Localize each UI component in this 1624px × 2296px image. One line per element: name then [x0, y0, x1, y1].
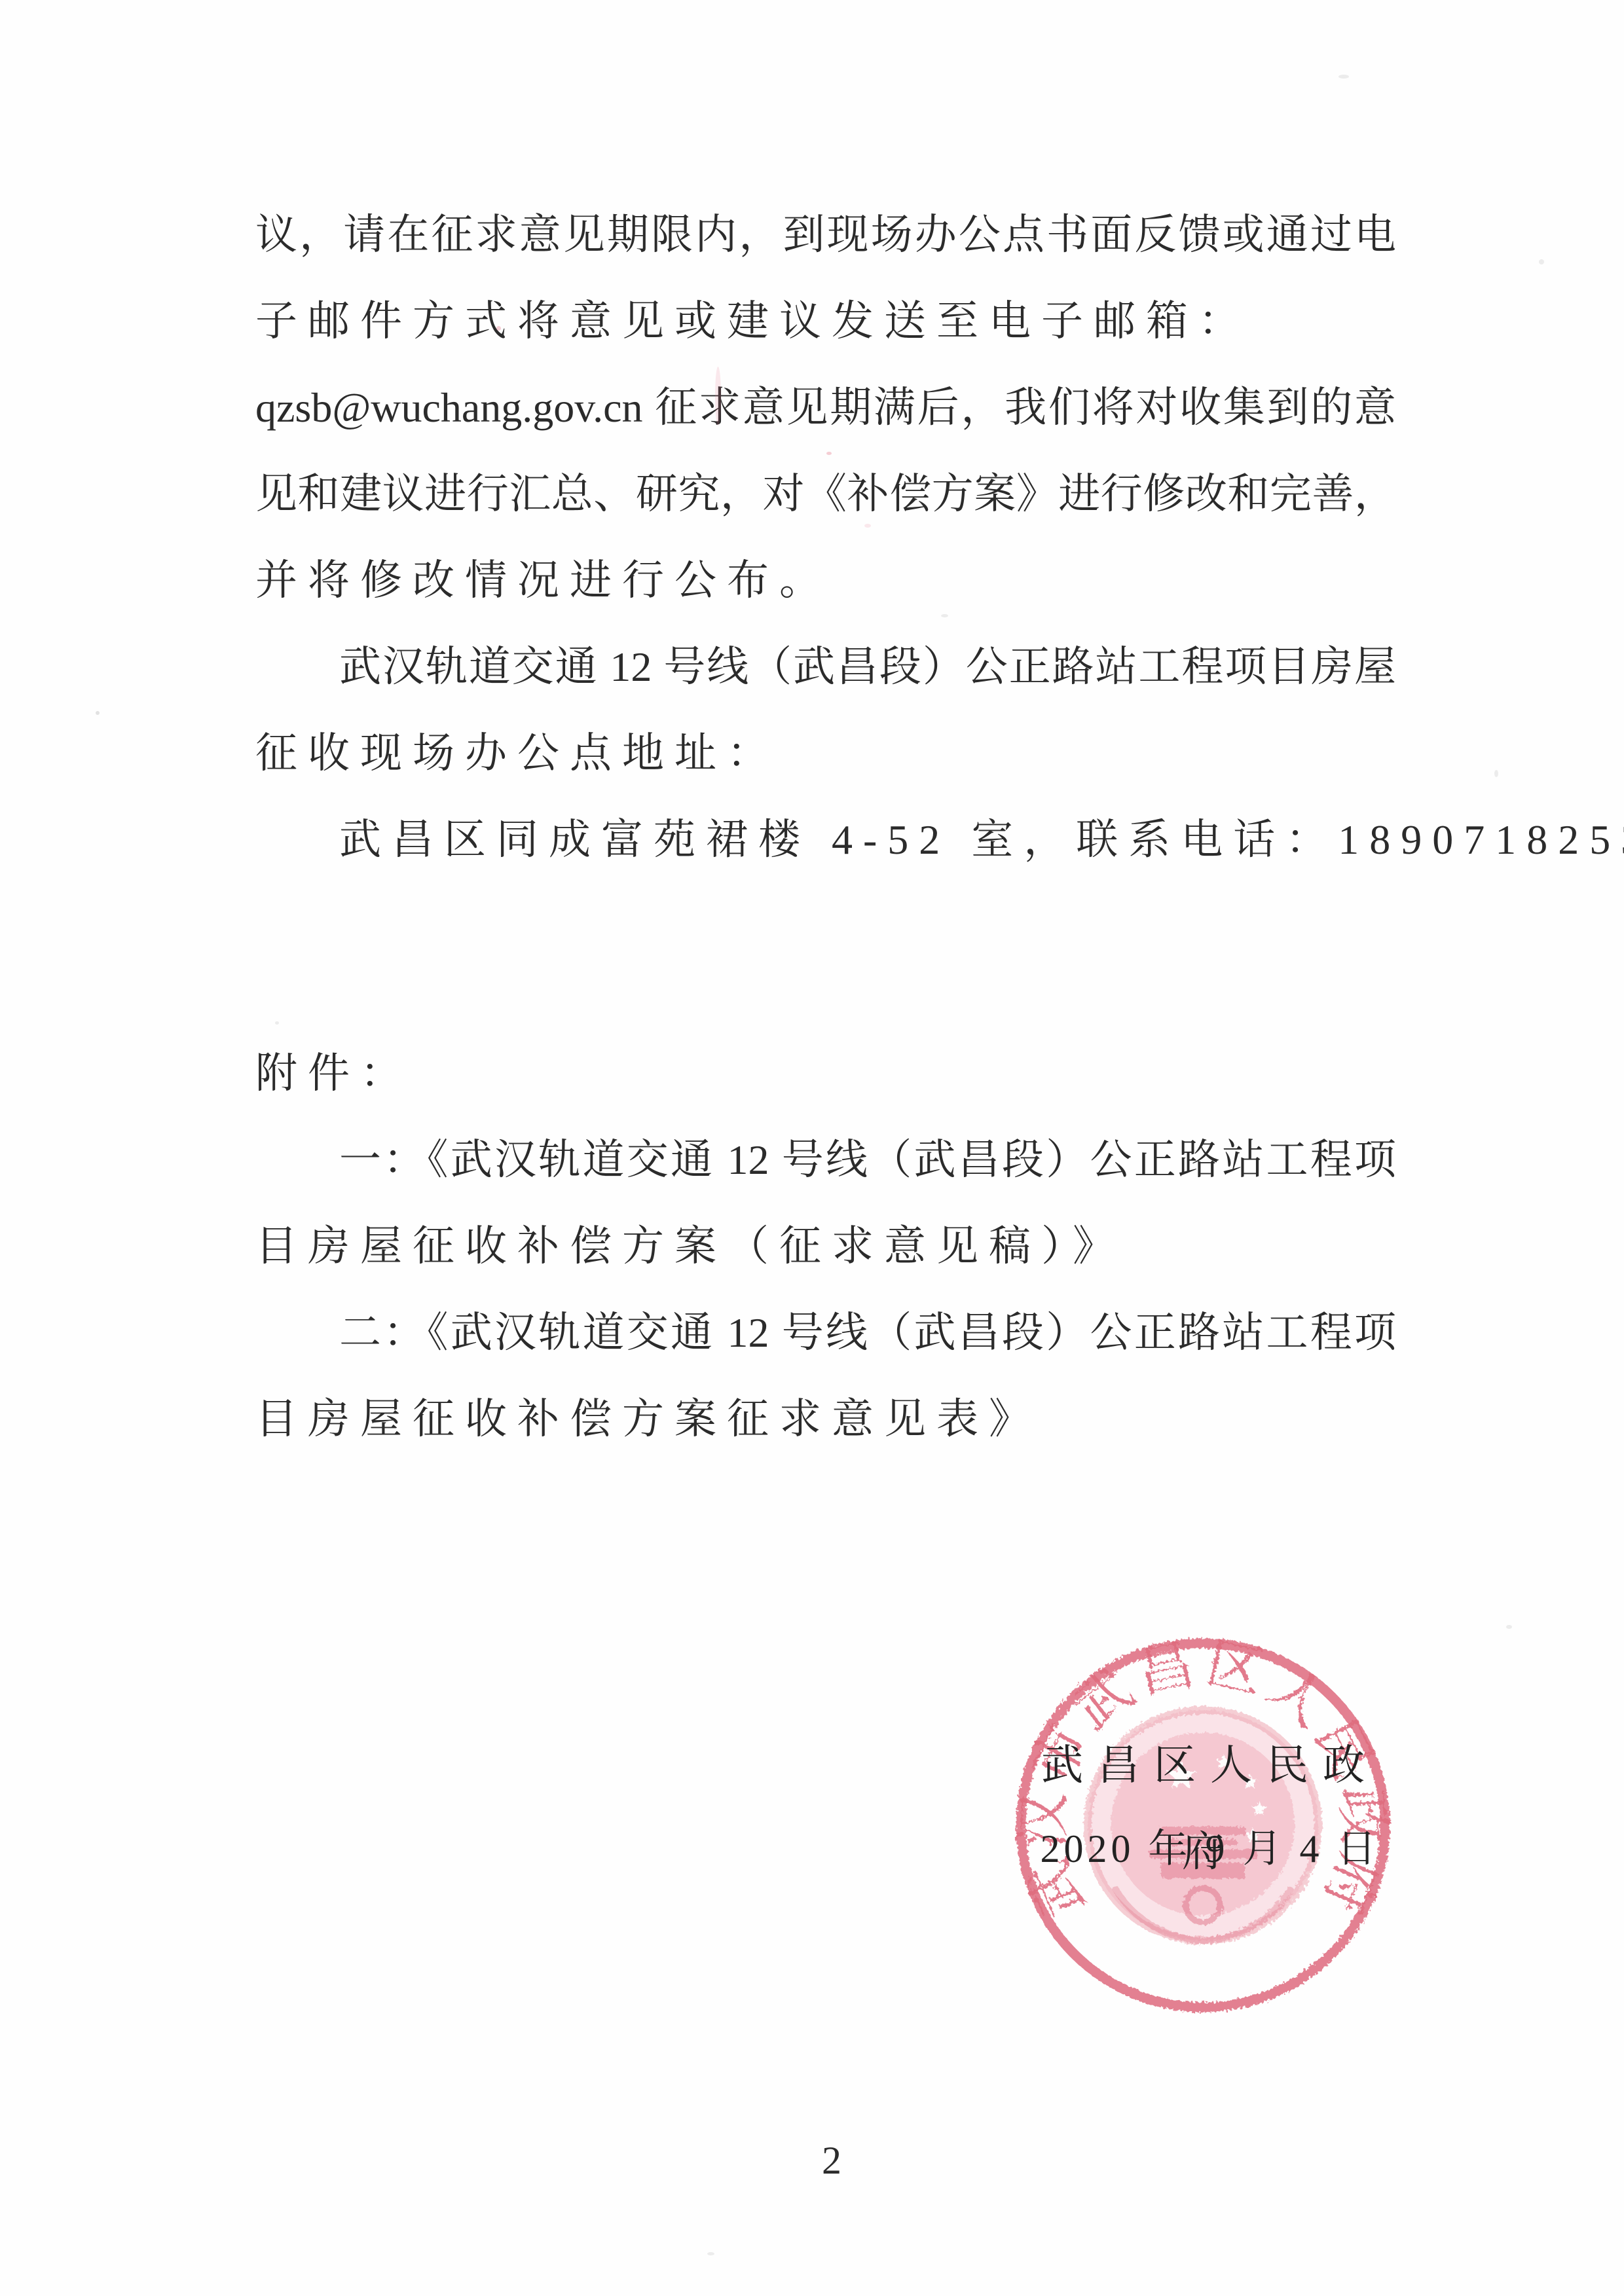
scan-noise [1338, 75, 1349, 79]
body-line: 子邮件方式将意见或建议发送至电子邮箱： [255, 278, 1396, 365]
body-line: 武汉轨道交通 12 号线（武昌段）公正路站工程项目房屋 [255, 624, 1396, 710]
scan-noise [864, 524, 871, 528]
body-text-block: 议，请在征求意见期限内，到现场办公点书面反馈或通过电 子邮件方式将意见或建议发送… [255, 192, 1396, 883]
attachment-line: 二：《武汉轨道交通 12 号线（武昌段）公正路站工程项 [255, 1290, 1396, 1376]
scan-noise [1494, 770, 1498, 777]
attachments-heading: 附件： [255, 1030, 1396, 1117]
scan-noise [1539, 259, 1544, 264]
scan-noise [941, 614, 948, 617]
body-line: qzsb@wuchang.gov.cn 征求意见期满后，我们将对收集到的意 [255, 365, 1396, 451]
scan-noise [707, 2252, 714, 2255]
attachment-line: 目房屋征收补偿方案（征求意见稿）》 [255, 1203, 1396, 1290]
attachment-line: 目房屋征收补偿方案征求意见表》 [255, 1376, 1396, 1463]
page-number: 2 [779, 2119, 884, 2202]
attachment-line: 一：《武汉轨道交通 12 号线（武昌段）公正路站工程项 [255, 1117, 1396, 1203]
body-line: 并将修改情况进行公布。 [255, 538, 1396, 624]
scanned-document-page: 议，请在征求意见期限内，到现场办公点书面反馈或通过电 子邮件方式将意见或建议发送… [0, 0, 1624, 2296]
body-line: 议，请在征求意见期限内，到现场办公点书面反馈或通过电 [255, 192, 1396, 278]
scan-noise [826, 452, 832, 455]
body-line: 征收现场办公点地址： [255, 710, 1396, 797]
attachments-block: 附件： 一：《武汉轨道交通 12 号线（武昌段）公正路站工程项 目房屋征收补偿方… [255, 1030, 1396, 1463]
scan-noise [275, 1021, 279, 1025]
scan-noise [715, 367, 721, 426]
scan-noise [496, 326, 501, 331]
body-line: 见和建议进行汇总、研究，对《补偿方案》进行修改和完善， [255, 451, 1396, 538]
scan-noise [1506, 1625, 1512, 1629]
body-line: 武昌区同成富苑裙楼 4-52 室，联系电话：18907182539 [255, 797, 1396, 883]
signature-date: 2020 年 9 月 4 日 [1019, 1806, 1401, 1892]
scan-noise [96, 711, 100, 715]
signature-issuer: 武昌区人民政府 [1019, 1722, 1401, 1809]
